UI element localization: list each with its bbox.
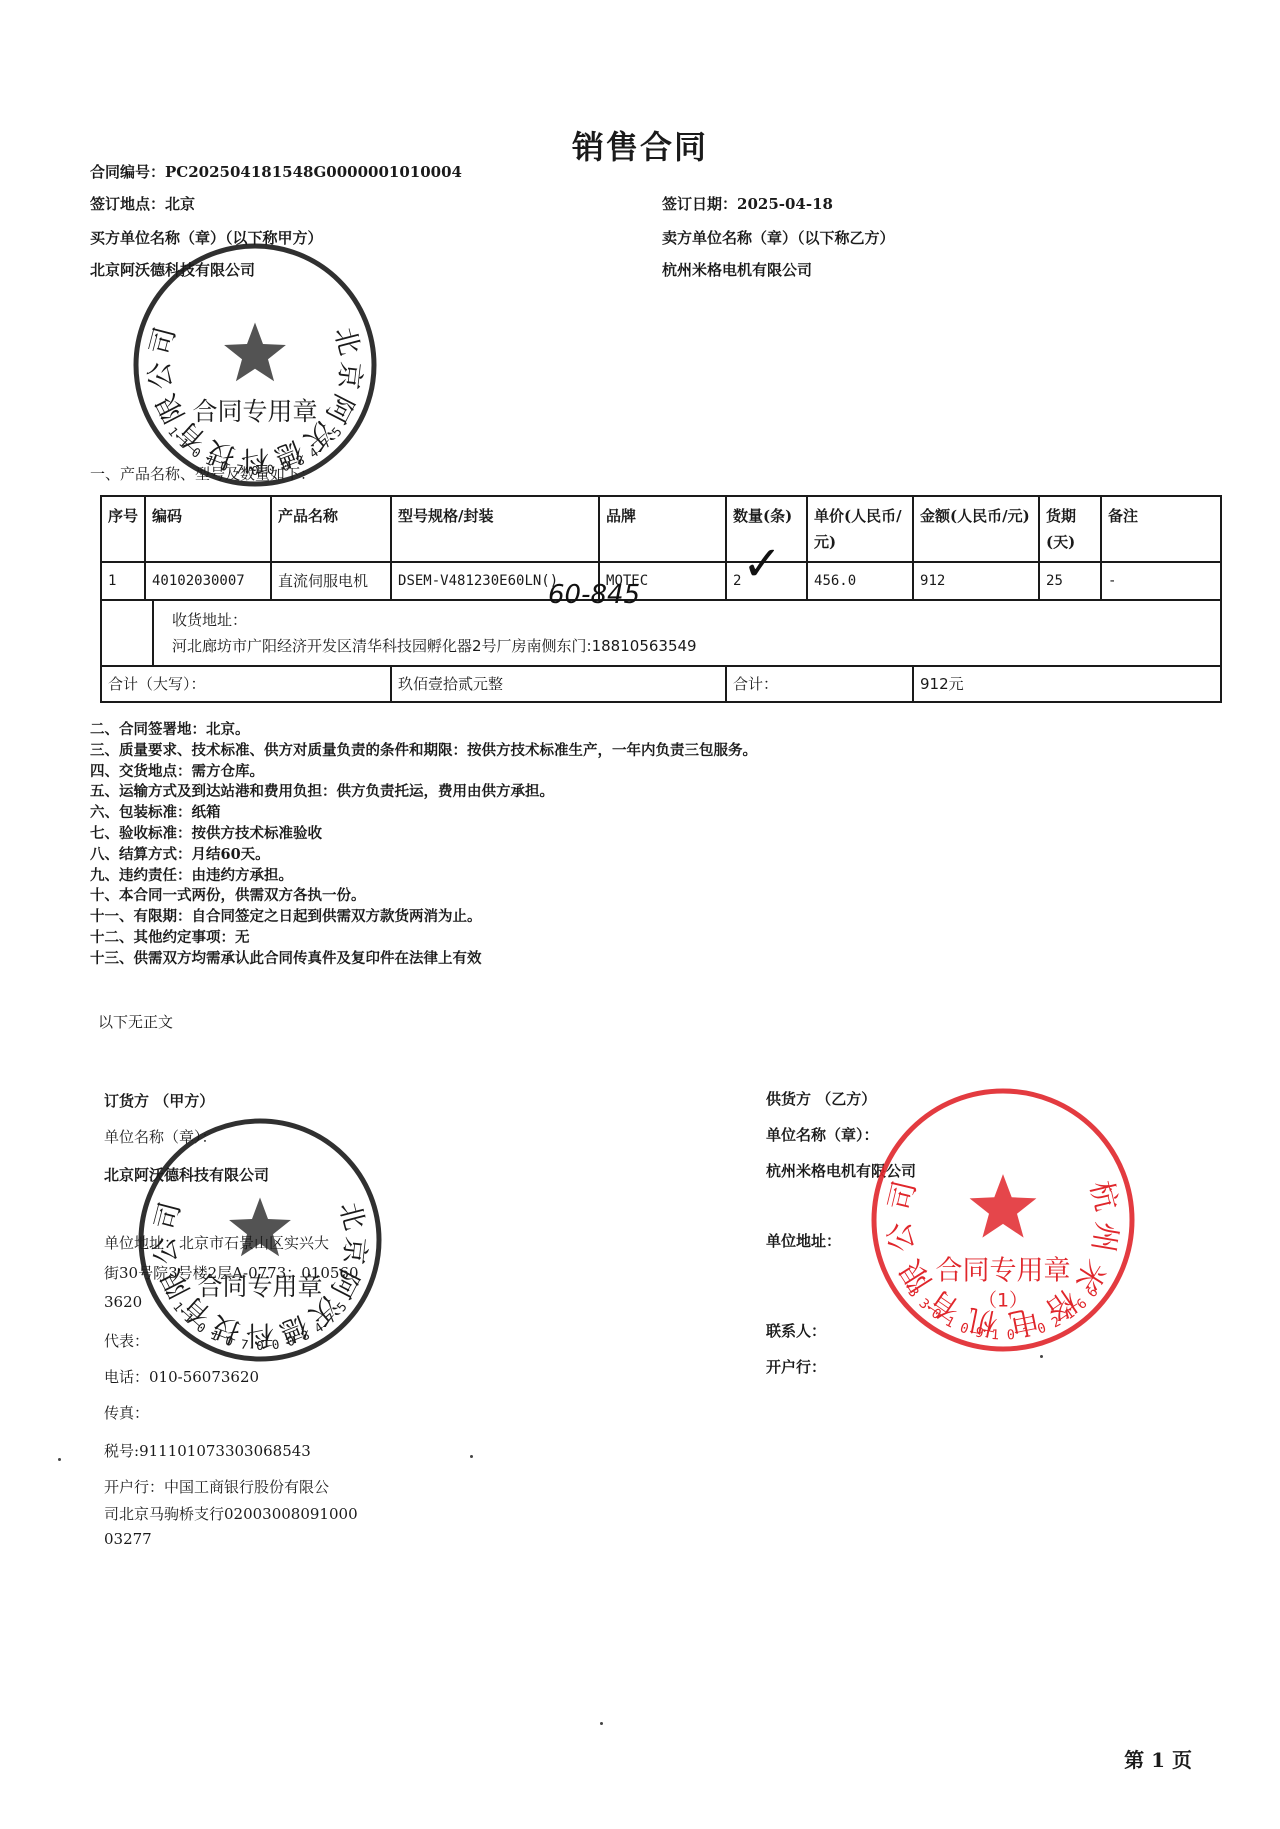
term-item: 九、违约责任：由违约方承担。 (90, 864, 293, 885)
svg-text:科: 科 (246, 1319, 274, 1351)
cell-unit-price: 456.0 (807, 562, 913, 600)
party-a-phone-value: 010-56073620 (149, 1368, 259, 1386)
svg-text:司: 司 (882, 1177, 923, 1214)
svg-text:1: 1 (990, 1327, 999, 1344)
scan-speck (1040, 1355, 1043, 1358)
header-brand: 品牌 (599, 496, 726, 562)
svg-text:0: 0 (224, 1333, 236, 1350)
party-a-bank-line3: 03277 (104, 1530, 152, 1548)
party-a-bank-label: 开户行： (104, 1478, 164, 1496)
svg-text:1: 1 (176, 435, 192, 451)
svg-text:北: 北 (328, 324, 366, 359)
svg-text:公: 公 (882, 1219, 921, 1254)
sign-date-value: 2025-04-18 (737, 195, 833, 213)
party-b-contact-label: 联系人： (766, 1320, 826, 1341)
term-item: 十三、供需双方均需承认此合同传真件及复印件在法律上有效 (90, 947, 482, 968)
svg-text:4: 4 (306, 444, 321, 461)
sign-place-label: 签订地点： (90, 195, 165, 213)
party-a-tax-label: 税号: (104, 1442, 139, 1460)
svg-text:司: 司 (149, 1199, 187, 1234)
svg-text:3: 3 (904, 1284, 922, 1300)
svg-text:限: 限 (150, 389, 191, 428)
header-model: 型号规格/封装 (391, 496, 599, 562)
svg-text:阿: 阿 (319, 389, 360, 428)
address-value: 河北廊坊市广阳经济开发区清华科技园孵化器2号厂房南侧东门:18810563549 (172, 633, 1214, 659)
party-a-tax-value: 911101073303068543 (139, 1442, 311, 1460)
term-item: 三、质量要求、技术标准、供方对质量负责的条件和期限：按供方技术标准生产，一年内负… (90, 739, 757, 760)
seller-label: 卖方单位名称（章）（以下称乙方） (662, 227, 895, 248)
header-remark: 备注 (1101, 496, 1221, 562)
party-a-fax-label: 传真： (104, 1402, 149, 1423)
term-item: 十、本合同一式两份，供需双方各执一份。 (90, 884, 366, 905)
contract-number-value: PC202504181548G0000001010004 (165, 163, 462, 181)
svg-text:0: 0 (256, 1338, 264, 1353)
party-a-address: 单位地址：北京市石景山区实兴大 (104, 1232, 329, 1253)
term-item: 六、包装标准：纸箱 (90, 801, 221, 822)
svg-text:德: 德 (274, 1309, 313, 1349)
svg-text:京: 京 (332, 360, 367, 391)
handwritten-note: 60-845 (548, 580, 640, 610)
svg-text:0: 0 (1035, 1320, 1048, 1338)
svg-text:7: 7 (240, 1336, 250, 1352)
party-a-phone-label: 电话： (104, 1368, 149, 1386)
cell-code: 40102030007 (145, 562, 271, 600)
svg-text:合同专用章: 合同专用章 (192, 397, 317, 426)
cell-seq: 1 (101, 562, 145, 600)
table-header-row: 序号 编码 产品名称 型号规格/封装 品牌 数量(条) 单价(人民币/元) 金额… (101, 496, 1221, 562)
svg-text:0: 0 (189, 444, 204, 461)
contract-number-label: 合同编号： (90, 163, 165, 181)
svg-text:4: 4 (311, 1319, 326, 1336)
party-a-bank: 开户行：中国工商银行股份有限公 (104, 1476, 329, 1497)
svg-text:沃: 沃 (297, 415, 339, 457)
party-b-heading: 供货方 （乙方） (766, 1088, 876, 1109)
svg-text:1: 1 (170, 1299, 186, 1314)
svg-text:0: 0 (271, 1336, 281, 1352)
svg-text:电: 电 (1006, 1301, 1042, 1341)
svg-text:格: 格 (1039, 1282, 1083, 1328)
header-product-name: 产品名称 (271, 496, 391, 562)
header-lead-time: 货期(天) (1039, 496, 1101, 562)
svg-text:0: 0 (194, 1319, 209, 1336)
svg-text:有: 有 (176, 1290, 218, 1332)
header-unit-price: 单价(人民币/元) (807, 496, 913, 562)
scan-speck (58, 1458, 61, 1461)
party-a-phone: 电话：010-56073620 (104, 1366, 259, 1387)
svg-text:（1）: （1） (978, 1289, 1028, 1311)
svg-text:2: 2 (1049, 1313, 1064, 1331)
party-a-bank-line1: 中国工商银行股份有限公 (164, 1478, 329, 1496)
svg-text:限: 限 (893, 1253, 938, 1297)
party-a-address-label: 单位地址： (104, 1234, 179, 1252)
section1-title: 一、产品名称、型号及数量如下： (90, 463, 315, 484)
party-b-address-label: 单位地址： (766, 1230, 841, 1251)
items-table: 序号 编码 产品名称 型号规格/封装 品牌 数量(条) 单价(人民币/元) 金额… (100, 495, 1222, 703)
svg-text:6: 6 (1074, 1296, 1091, 1313)
sign-place: 签订地点：北京 (90, 193, 195, 214)
svg-text:有: 有 (171, 415, 213, 457)
party-a-rep-label: 代表： (104, 1330, 149, 1351)
total-cn-value: 玖佰壹拾贰元整 (391, 666, 726, 702)
buyer-label: 买方单位名称（章）（以下称甲方） (90, 227, 323, 248)
svg-text:有: 有 (923, 1282, 967, 1328)
svg-text:1: 1 (942, 1313, 957, 1331)
party-a-address-line1: 北京市石景山区实兴大 (179, 1234, 329, 1252)
svg-text:沃: 沃 (302, 1290, 344, 1332)
svg-text:0: 0 (958, 1320, 971, 1338)
svg-text:技: 技 (208, 1309, 245, 1349)
svg-text:3: 3 (915, 1296, 932, 1313)
party-a-unit-name: 北京阿沃德科技有限公司 (104, 1164, 269, 1185)
scan-speck (600, 1722, 603, 1725)
party-b-unit-name-label: 单位名称（章）： (766, 1124, 879, 1145)
svg-text:0: 0 (928, 1305, 944, 1323)
term-item: 二、合同签署地：北京。 (90, 718, 250, 739)
end-note: 以下无正文 (98, 1011, 173, 1032)
term-item: 七、验收标准：按供方技术标准验收 (90, 822, 322, 843)
cell-lead-time: 25 (1039, 562, 1101, 600)
svg-text:合同专用章: 合同专用章 (936, 1255, 1071, 1286)
svg-text:6: 6 (1084, 1284, 1102, 1300)
party-a-address-line2: 街30号院3号楼2层A-0773；010560 (104, 1262, 359, 1283)
svg-text:杭: 杭 (1083, 1177, 1124, 1214)
party-a-heading: 订货方 （甲方） (104, 1090, 214, 1111)
total-row: 合计（大写）： 玖佰壹拾贰元整 合计： 912元 (101, 666, 1221, 702)
contract-number: 合同编号：PC202504181548G0000001010004 (90, 161, 462, 182)
header-seq: 序号 (101, 496, 145, 562)
svg-text:5: 5 (329, 424, 345, 439)
address-row: 收货地址： 河北廊坊市广阳经济开发区清华科技园孵化器2号厂房南侧东门:18810… (101, 600, 1221, 666)
cell-remark: - (1101, 562, 1221, 600)
svg-text:9: 9 (974, 1324, 985, 1341)
header-code: 编码 (145, 496, 271, 562)
total-label: 合计： (726, 666, 913, 702)
party-b-unit-name: 杭州米格电机有限公司 (766, 1160, 916, 1181)
address-label: 收货地址： (172, 607, 1214, 633)
svg-text:7: 7 (318, 435, 334, 451)
svg-text:0: 0 (285, 1333, 297, 1350)
party-a-bank-line2: 司北京马驹桥支行02003008091000 (104, 1503, 358, 1524)
term-item: 八、结算方式：月结60天。 (90, 843, 270, 864)
svg-text:1: 1 (165, 424, 181, 439)
svg-text:7: 7 (323, 1310, 339, 1326)
scan-speck (470, 1455, 473, 1458)
sign-date: 签订日期：2025-04-18 (662, 193, 833, 214)
handwritten-checkmark: ✓ (742, 536, 782, 592)
svg-text:北: 北 (333, 1199, 371, 1234)
svg-text:0: 0 (1006, 1327, 1015, 1344)
svg-text:8: 8 (299, 1327, 312, 1344)
party-b-bank-label: 开户行： (766, 1356, 826, 1377)
svg-text:司: 司 (144, 324, 182, 359)
buyer-name: 北京阿沃德科技有限公司 (90, 259, 255, 280)
cell-amount: 912 (913, 562, 1039, 600)
table-row: 1 40102030007 直流伺服电机 DSEM-V481230E60LN()… (101, 562, 1221, 600)
party-a-address-line3: 3620 (104, 1293, 142, 1311)
svg-text:1: 1 (1062, 1305, 1078, 1323)
svg-text:1: 1 (181, 1310, 197, 1326)
page-number: 第 1 页 (1124, 1744, 1192, 1773)
svg-text:5: 5 (334, 1299, 350, 1314)
seller-seal-stamp: 杭州米格电机有限公司合同专用章（1）33010910102166 (868, 1085, 1138, 1355)
svg-text:州: 州 (1085, 1219, 1124, 1254)
svg-text:1: 1 (208, 1327, 221, 1344)
svg-text:1: 1 (1021, 1324, 1032, 1341)
party-a-unit-name-label: 单位名称（章）： (104, 1126, 217, 1147)
sign-place-value: 北京 (165, 195, 195, 213)
svg-text:米: 米 (1067, 1253, 1112, 1297)
term-item: 五、运输方式及到达站港和费用负担：供方负责托运，费用由供方承担。 (90, 780, 554, 801)
seller-name: 杭州米格电机有限公司 (662, 259, 812, 280)
header-amount: 金额(人民币/元) (913, 496, 1039, 562)
total-cn-label: 合计（大写）： (101, 666, 391, 702)
total-value: 912元 (913, 666, 1221, 702)
sign-date-label: 签订日期： (662, 195, 737, 213)
svg-text:公: 公 (143, 360, 178, 391)
address-blank-cell (101, 600, 153, 666)
term-item: 十一、有限期：自合同签定之日起到供需双方款货两消为止。 (90, 905, 482, 926)
term-item: 四、交货地点：需方仓库。 (90, 760, 264, 781)
party-a-tax: 税号:911101073303068543 (104, 1440, 311, 1461)
svg-text:机: 机 (964, 1301, 1000, 1341)
cell-product-name: 直流伺服电机 (271, 562, 391, 600)
address-cell: 收货地址： 河北廊坊市广阳经济开发区清华科技园孵化器2号厂房南侧东门:18810… (153, 600, 1221, 666)
term-item: 十二、其他约定事项：无 (90, 926, 250, 947)
